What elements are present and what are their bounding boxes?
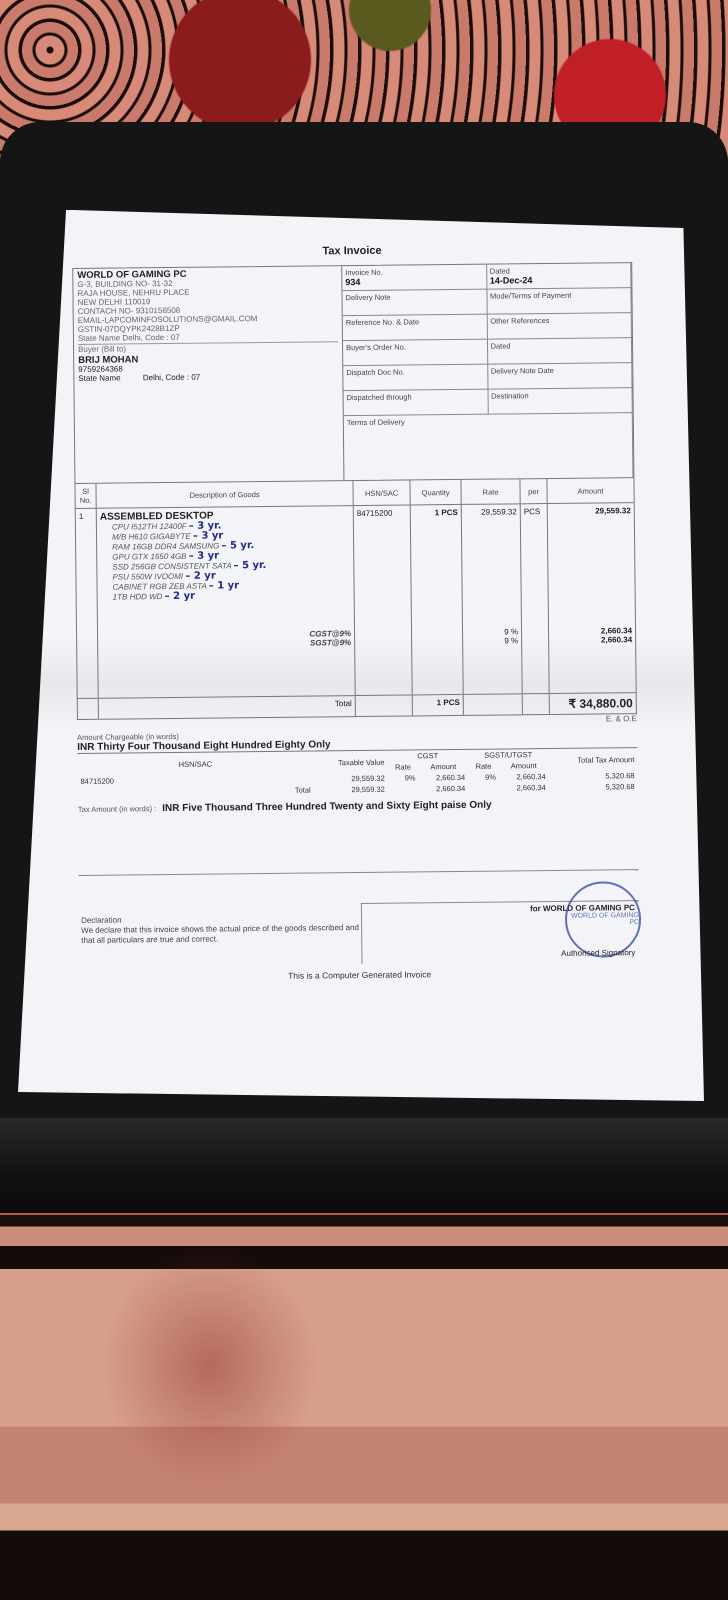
spec-line: 1TB HDD WD – 2 yr: [101, 590, 351, 603]
col-description: Description of Goods: [96, 481, 353, 508]
meta-buyer-order: Buyer's Order No.: [343, 340, 488, 367]
meta-invoice-no: Invoice No.934: [342, 265, 487, 292]
authorised-signatory: Authorised Signatory: [561, 948, 635, 958]
item-amount: 29,559.32: [547, 503, 635, 624]
declaration-text: We declare that this invoice shows the a…: [81, 923, 361, 946]
tax-summary-table: HSN/SAC Taxable Value CGST SGST/UTGST To…: [77, 747, 637, 798]
tax-col-cgst: CGST: [387, 749, 468, 761]
tax-total-taxable: 29,559.32: [314, 784, 388, 796]
meta-dated: Dated14-Dec-24: [487, 263, 632, 290]
meta-order-dated: Dated: [487, 338, 632, 365]
tax-invoice: Tax Invoice WORLD OF GAMING PC G-3, BUIL…: [72, 242, 640, 983]
cgst-rate-header: Rate: [388, 761, 419, 772]
tax-row-taxable: 29,559.32: [314, 773, 388, 785]
grand-total: ₹ 34,880.00: [549, 693, 636, 715]
folder-edge: [0, 1118, 728, 1213]
item-sl: 1: [75, 508, 97, 628]
item-quantity: 1 PCS: [410, 504, 462, 625]
tax-words-label: Tax Amount (in words) :: [78, 804, 156, 814]
meta-delivery-date: Delivery Note Date: [488, 363, 633, 390]
item-description: ASSEMBLED DESKTOP CPU I512TH 12400F – 3 …: [96, 506, 354, 629]
item-hsn: 84715200: [353, 505, 411, 626]
invoice-meta: Invoice No.934 Dated14-Dec-24 Delivery N…: [342, 263, 633, 480]
item-per: PCS: [520, 504, 548, 624]
meta-dispatched-through: Dispatched through: [344, 390, 489, 417]
tax-col-total: Total Tax Amount: [548, 748, 637, 771]
tax-words-value: INR Five Thousand Three Hundred Twenty a…: [162, 800, 491, 814]
tax-col-hsn: HSN/SAC: [77, 751, 313, 776]
tax-total-sgst: 2,660.34: [499, 782, 549, 794]
items-table: Sl No. Description of Goods HSN/SAC Quan…: [74, 478, 636, 720]
sgst-label: SGST@9%: [101, 638, 351, 650]
sgst-rate: 9 %: [466, 636, 518, 646]
signature-box: for WORLD OF GAMING PC WORLD OF GAMING P…: [361, 900, 640, 964]
tax-row-cgst-amount: 2,660.34: [418, 772, 468, 784]
company-stamp-icon: WORLD OF GAMING PC: [565, 881, 642, 958]
handwritten-warranty: – 2 yr: [165, 591, 195, 602]
buyer-state: State Name Delhi, Code : 07: [78, 371, 338, 383]
sgst-rate-header: Rate: [468, 761, 499, 772]
tax-row-cgst-rate: 9%: [388, 772, 419, 783]
meta-reference: Reference No. & Date: [343, 315, 488, 342]
tax-row-total: 5,320.68: [549, 770, 638, 782]
meta-delivery-note: Delivery Note: [342, 290, 487, 317]
col-rate: Rate: [461, 479, 520, 504]
invoice-header: WORLD OF GAMING PC G-3, BUILDING NO- 31-…: [72, 262, 634, 484]
tax-col-sgst: SGST/UTGST: [468, 749, 549, 761]
tax-row-sgst-amount: 2,660.34: [499, 771, 549, 783]
col-quantity: Quantity: [410, 480, 461, 505]
total-label: Total: [98, 696, 355, 720]
tax-row-sgst-rate: 9%: [468, 772, 499, 783]
tax-words: Tax Amount (in words) :INR Five Thousand…: [78, 798, 638, 815]
tax-col-taxable: Taxable Value: [313, 750, 387, 773]
col-sl: Sl No.: [75, 484, 96, 509]
handwritten-warranty: – 3 yr: [193, 530, 223, 541]
col-amount: Amount: [547, 478, 634, 503]
col-per: per: [520, 479, 547, 504]
invoice-footer: Declaration We declare that this invoice…: [79, 869, 640, 967]
sgst-amount-header: Amount: [499, 760, 549, 772]
background-fabric-bottom: [0, 1215, 728, 1600]
tax-total-amount: 5,320.68: [549, 781, 638, 793]
cgst-amount-header: Amount: [418, 761, 468, 773]
meta-destination: Destination: [488, 388, 633, 415]
handwritten-warranty: – 1 yr: [209, 580, 239, 591]
tax-total-cgst: 2,660.34: [419, 783, 469, 795]
cgst-rate: 9 %: [466, 627, 518, 637]
total-quantity: 1 PCS: [412, 694, 463, 716]
tax-row: CGST@9% SGST@9% 9 %9 % 2,660.342,660.34: [76, 623, 636, 699]
handwritten-warranty: – 5 yr.: [233, 560, 266, 571]
meta-payment-terms: Mode/Terms of Payment: [487, 288, 632, 315]
sgst-amount: 2,660.34: [552, 635, 632, 645]
handwritten-warranty: – 5 yr.: [221, 540, 254, 551]
meta-terms-of-delivery: Terms of Delivery: [344, 413, 634, 480]
buyer-label: Buyer (Bill to): [78, 341, 338, 354]
item-rate: 29,559.32: [461, 504, 521, 625]
handwritten-warranty: – 3 yr: [189, 550, 219, 561]
col-hsn: HSN/SAC: [353, 480, 410, 505]
cgst-amount: 2,660.34: [552, 626, 632, 636]
tax-total-label: Total: [78, 784, 314, 797]
meta-other-references: Other References: [487, 313, 632, 340]
item-specs: CPU I512TH 12400F – 3 yr.M/B H610 GIGABY…: [100, 520, 351, 603]
party-details: WORLD OF GAMING PC G-3, BUILDING NO- 31-…: [73, 266, 344, 483]
table-row: 1 ASSEMBLED DESKTOP CPU I512TH 12400F – …: [75, 503, 635, 629]
meta-dispatch-doc: Dispatch Doc No.: [343, 365, 488, 392]
declaration: Declaration We declare that this invoice…: [79, 873, 362, 967]
